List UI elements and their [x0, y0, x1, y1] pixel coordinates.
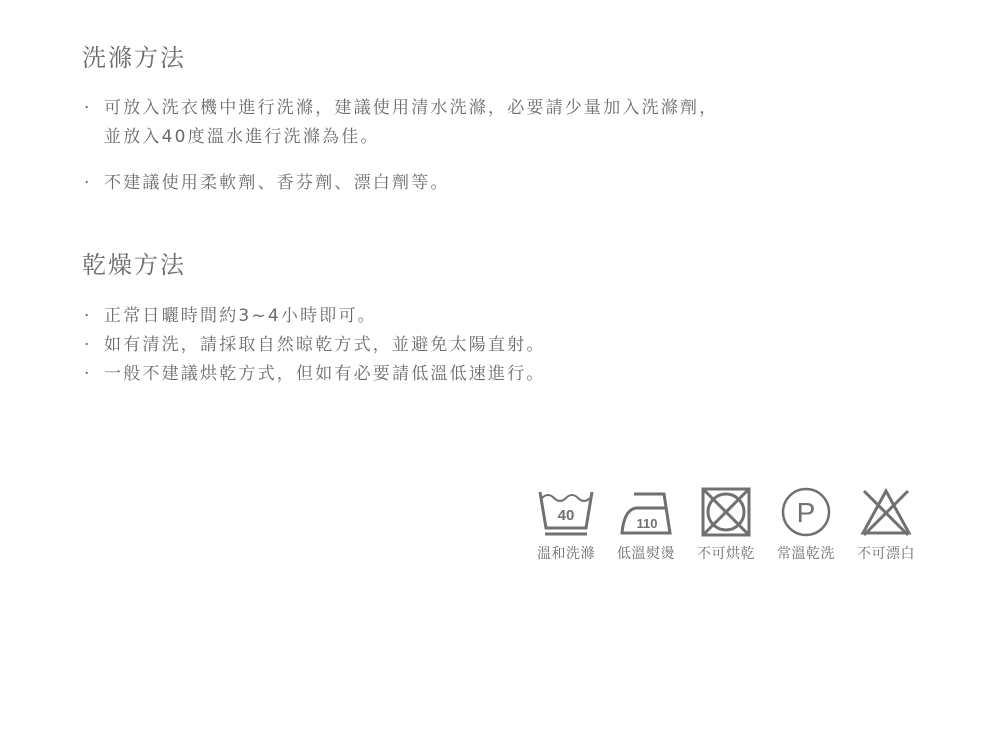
no-bleach-icon [854, 486, 918, 540]
care-label-dry-clean: 常溫乾洗 [777, 543, 835, 563]
care-symbol-no-tumble-dry: 不可烘乾 [686, 486, 766, 563]
washing-title: 洗滌方法 [82, 43, 186, 73]
drying-item-2: ·如有清洗，請採取自然晾乾方式，並避免太陽直射。 [84, 331, 546, 360]
care-symbol-gentle-wash: 40 溫和洗滌 [526, 486, 606, 563]
care-symbol-low-iron: 110 低溫熨燙 [606, 486, 686, 563]
bullet-dot: · [84, 94, 104, 123]
care-label-no-tumble-dry: 不可烘乾 [697, 543, 755, 563]
care-symbol-dry-clean: P 常溫乾洗 [766, 486, 846, 563]
care-label-no-bleach: 不可漂白 [857, 543, 915, 563]
drying-item-1: ·正常日曬時間約3~4小時即可。 [84, 302, 377, 331]
washing-item-1-line1: 可放入洗衣機中進行洗滌，建議使用清水洗滌，必要請少量加入洗滌劑， [104, 98, 718, 118]
care-symbols-row: 40 溫和洗滌 110 低溫熨燙 不可烘乾 P 常溫乾洗 不可漂 [526, 486, 926, 563]
no-tumble-dry-icon [694, 486, 758, 540]
washing-item-2-line1: 不建議使用柔軟劑、香芬劑、漂白劑等。 [104, 173, 450, 193]
washing-item-1: ·可放入洗衣機中進行洗滌，建議使用清水洗滌，必要請少量加入洗滌劑， 並放入40度… [84, 94, 718, 152]
bullet-dot: · [84, 302, 104, 331]
iron-icon: 110 [614, 486, 678, 540]
bullet-dot: · [84, 360, 104, 389]
drying-item-3-line1: 一般不建議烘乾方式，但如有必要請低溫低速進行。 [104, 364, 546, 384]
wash-temp-value: 40 [558, 507, 575, 524]
drying-title: 乾燥方法 [82, 250, 186, 280]
washing-item-1-line2: 並放入40度溫水進行洗滌為佳。 [84, 123, 718, 152]
dry-clean-p-icon: P [774, 486, 838, 540]
drying-item-1-line1: 正常日曬時間約3~4小時即可。 [104, 306, 377, 326]
drying-item-3: ·一般不建議烘乾方式，但如有必要請低溫低速進行。 [84, 360, 546, 389]
drying-item-2-line1: 如有清洗，請採取自然晾乾方式，並避免太陽直射。 [104, 335, 546, 355]
dry-clean-letter: P [797, 497, 816, 528]
care-label-gentle-wash: 溫和洗滌 [537, 543, 595, 563]
care-symbol-no-bleach: 不可漂白 [846, 486, 926, 563]
iron-temp-value: 110 [637, 516, 658, 531]
washing-item-2: ·不建議使用柔軟劑、香芬劑、漂白劑等。 [84, 169, 450, 198]
bullet-dot: · [84, 169, 104, 198]
wash-tub-icon: 40 [534, 486, 598, 540]
care-label-low-iron: 低溫熨燙 [617, 543, 675, 563]
bullet-dot: · [84, 331, 104, 360]
